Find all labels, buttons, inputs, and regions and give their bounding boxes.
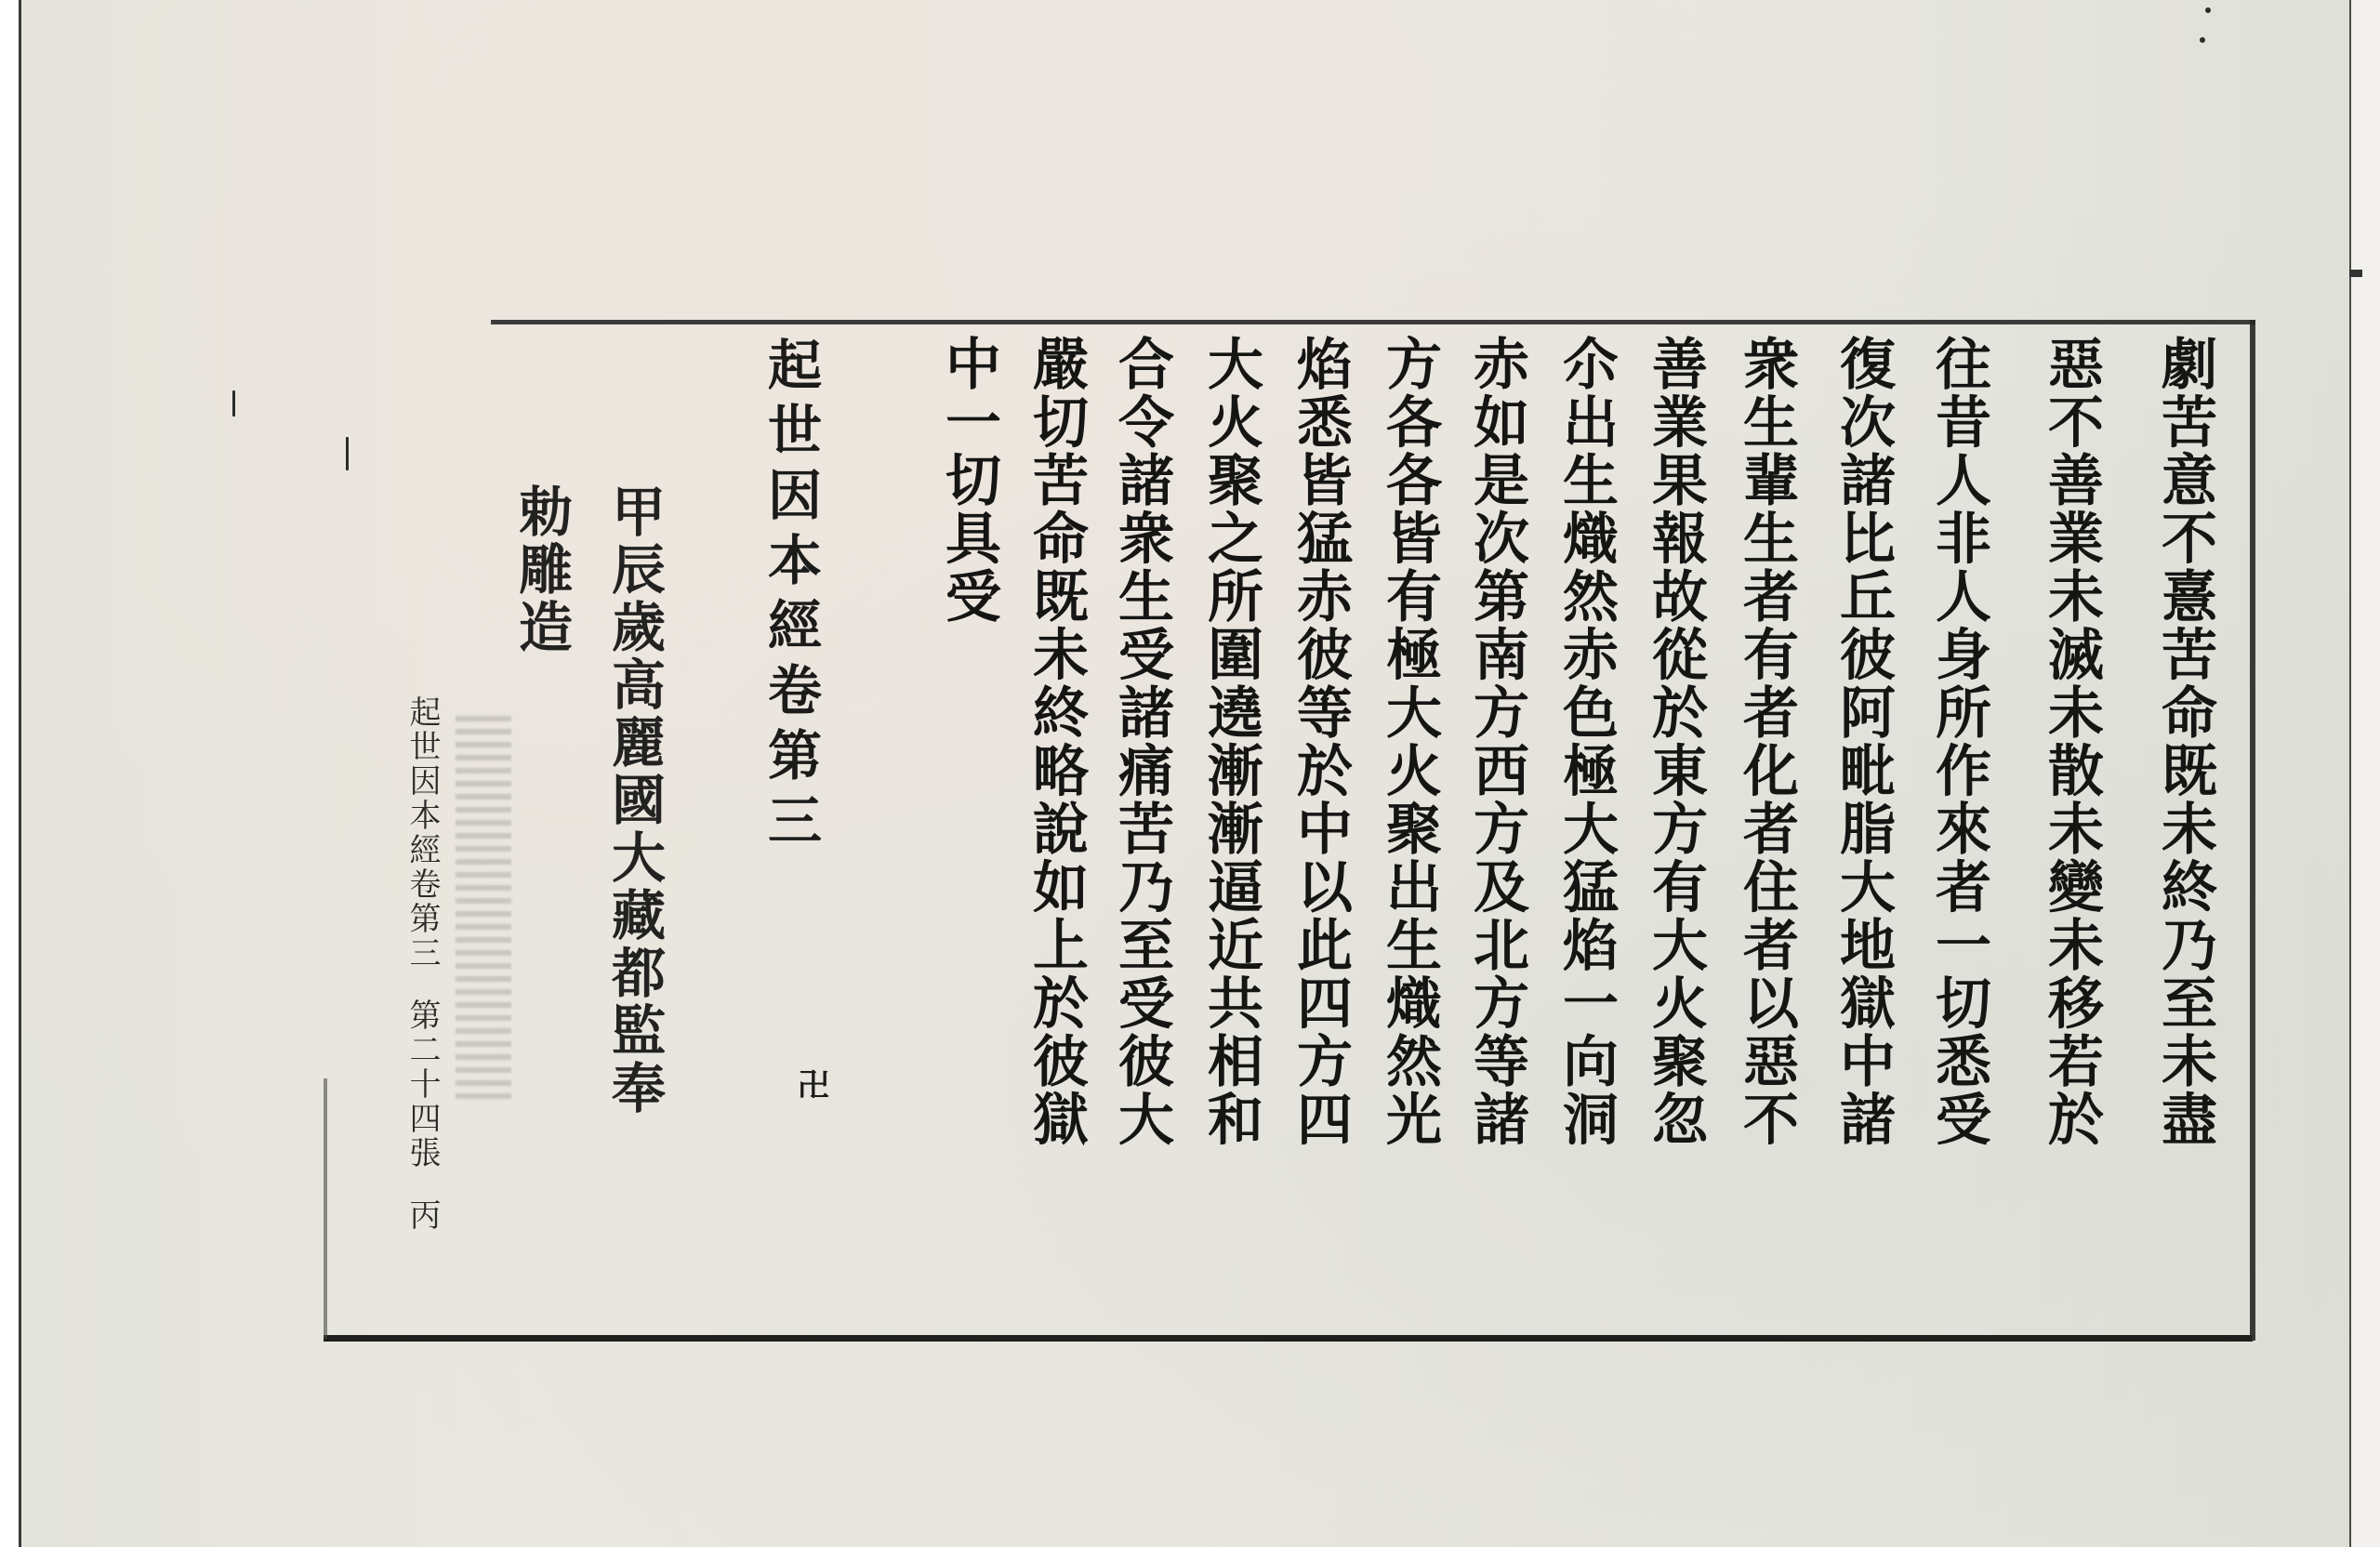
text-column-4: 復次諸比丘彼阿毗脂大地獄中諸 xyxy=(1833,335,1893,1148)
ink-smudge xyxy=(456,716,511,1106)
margin-page-label: 起世因本經卷第三第二十四張丙 xyxy=(400,695,445,1233)
margin-sutra-name: 起世因本經卷第三 xyxy=(403,695,441,971)
text-column-2: 惡不善業未滅未散未變未移若於 xyxy=(2042,335,2101,1148)
ink-speck xyxy=(2205,7,2211,13)
text-column-3: 往昔人非人身所作來者一切悉受 xyxy=(1929,335,1989,1148)
page-margin-strip xyxy=(2351,0,2380,1547)
margin-mark: 丙 xyxy=(403,1198,441,1233)
text-column-10: 焰悉皆猛赤彼等於中以此四方四 xyxy=(1290,335,1350,1148)
frame-left-trace xyxy=(324,1078,327,1339)
page-edge-left xyxy=(19,0,21,1547)
carver-mark: 卍 xyxy=(798,1060,829,1105)
text-column-6: 善業果報故從於東方有大火聚忽 xyxy=(1646,335,1705,1148)
text-column-9: 方各各皆有極大火聚出生熾然光 xyxy=(1380,335,1439,1148)
ink-speck xyxy=(346,437,349,470)
text-column-8: 赤如是次第南方西方及北方等諸 xyxy=(1467,335,1527,1148)
frame-right-border xyxy=(2250,320,2255,1341)
frame-top-border xyxy=(491,320,2255,324)
ink-speck xyxy=(232,390,235,416)
frame-corner-mark xyxy=(2349,270,2362,277)
paper-page xyxy=(20,0,2354,1547)
text-column-5: 衆生輩生者有者化者住者以惡不 xyxy=(1737,335,1796,1148)
text-column-7: 尒出生熾然赤色極大猛焰一向洞 xyxy=(1556,335,1616,1148)
frame-bottom-border xyxy=(324,1335,2253,1342)
colophon-line-1: 甲辰歲高麗國大藏都監奉 xyxy=(595,483,673,1117)
colophon-line-2: 勅雕造 xyxy=(502,483,580,656)
text-column-14: 中一切具受 xyxy=(939,335,998,626)
text-column-11: 大火聚之所圍遶漸漸逼近共相和 xyxy=(1201,335,1261,1148)
text-column-12: 合令諸衆生受諸痛苦乃至受彼大 xyxy=(1112,335,1171,1148)
text-column-1: 劇苦意不憙苦命既未終乃至未盡 xyxy=(2155,335,2215,1148)
margin-sheet-number: 第二十四張 xyxy=(403,998,441,1170)
ink-speck xyxy=(2200,37,2205,43)
text-column-13: 嚴切苦命既未終略說如上於彼獄 xyxy=(1026,335,1086,1148)
sutra-title: 起世因本經卷第三 xyxy=(751,337,829,857)
